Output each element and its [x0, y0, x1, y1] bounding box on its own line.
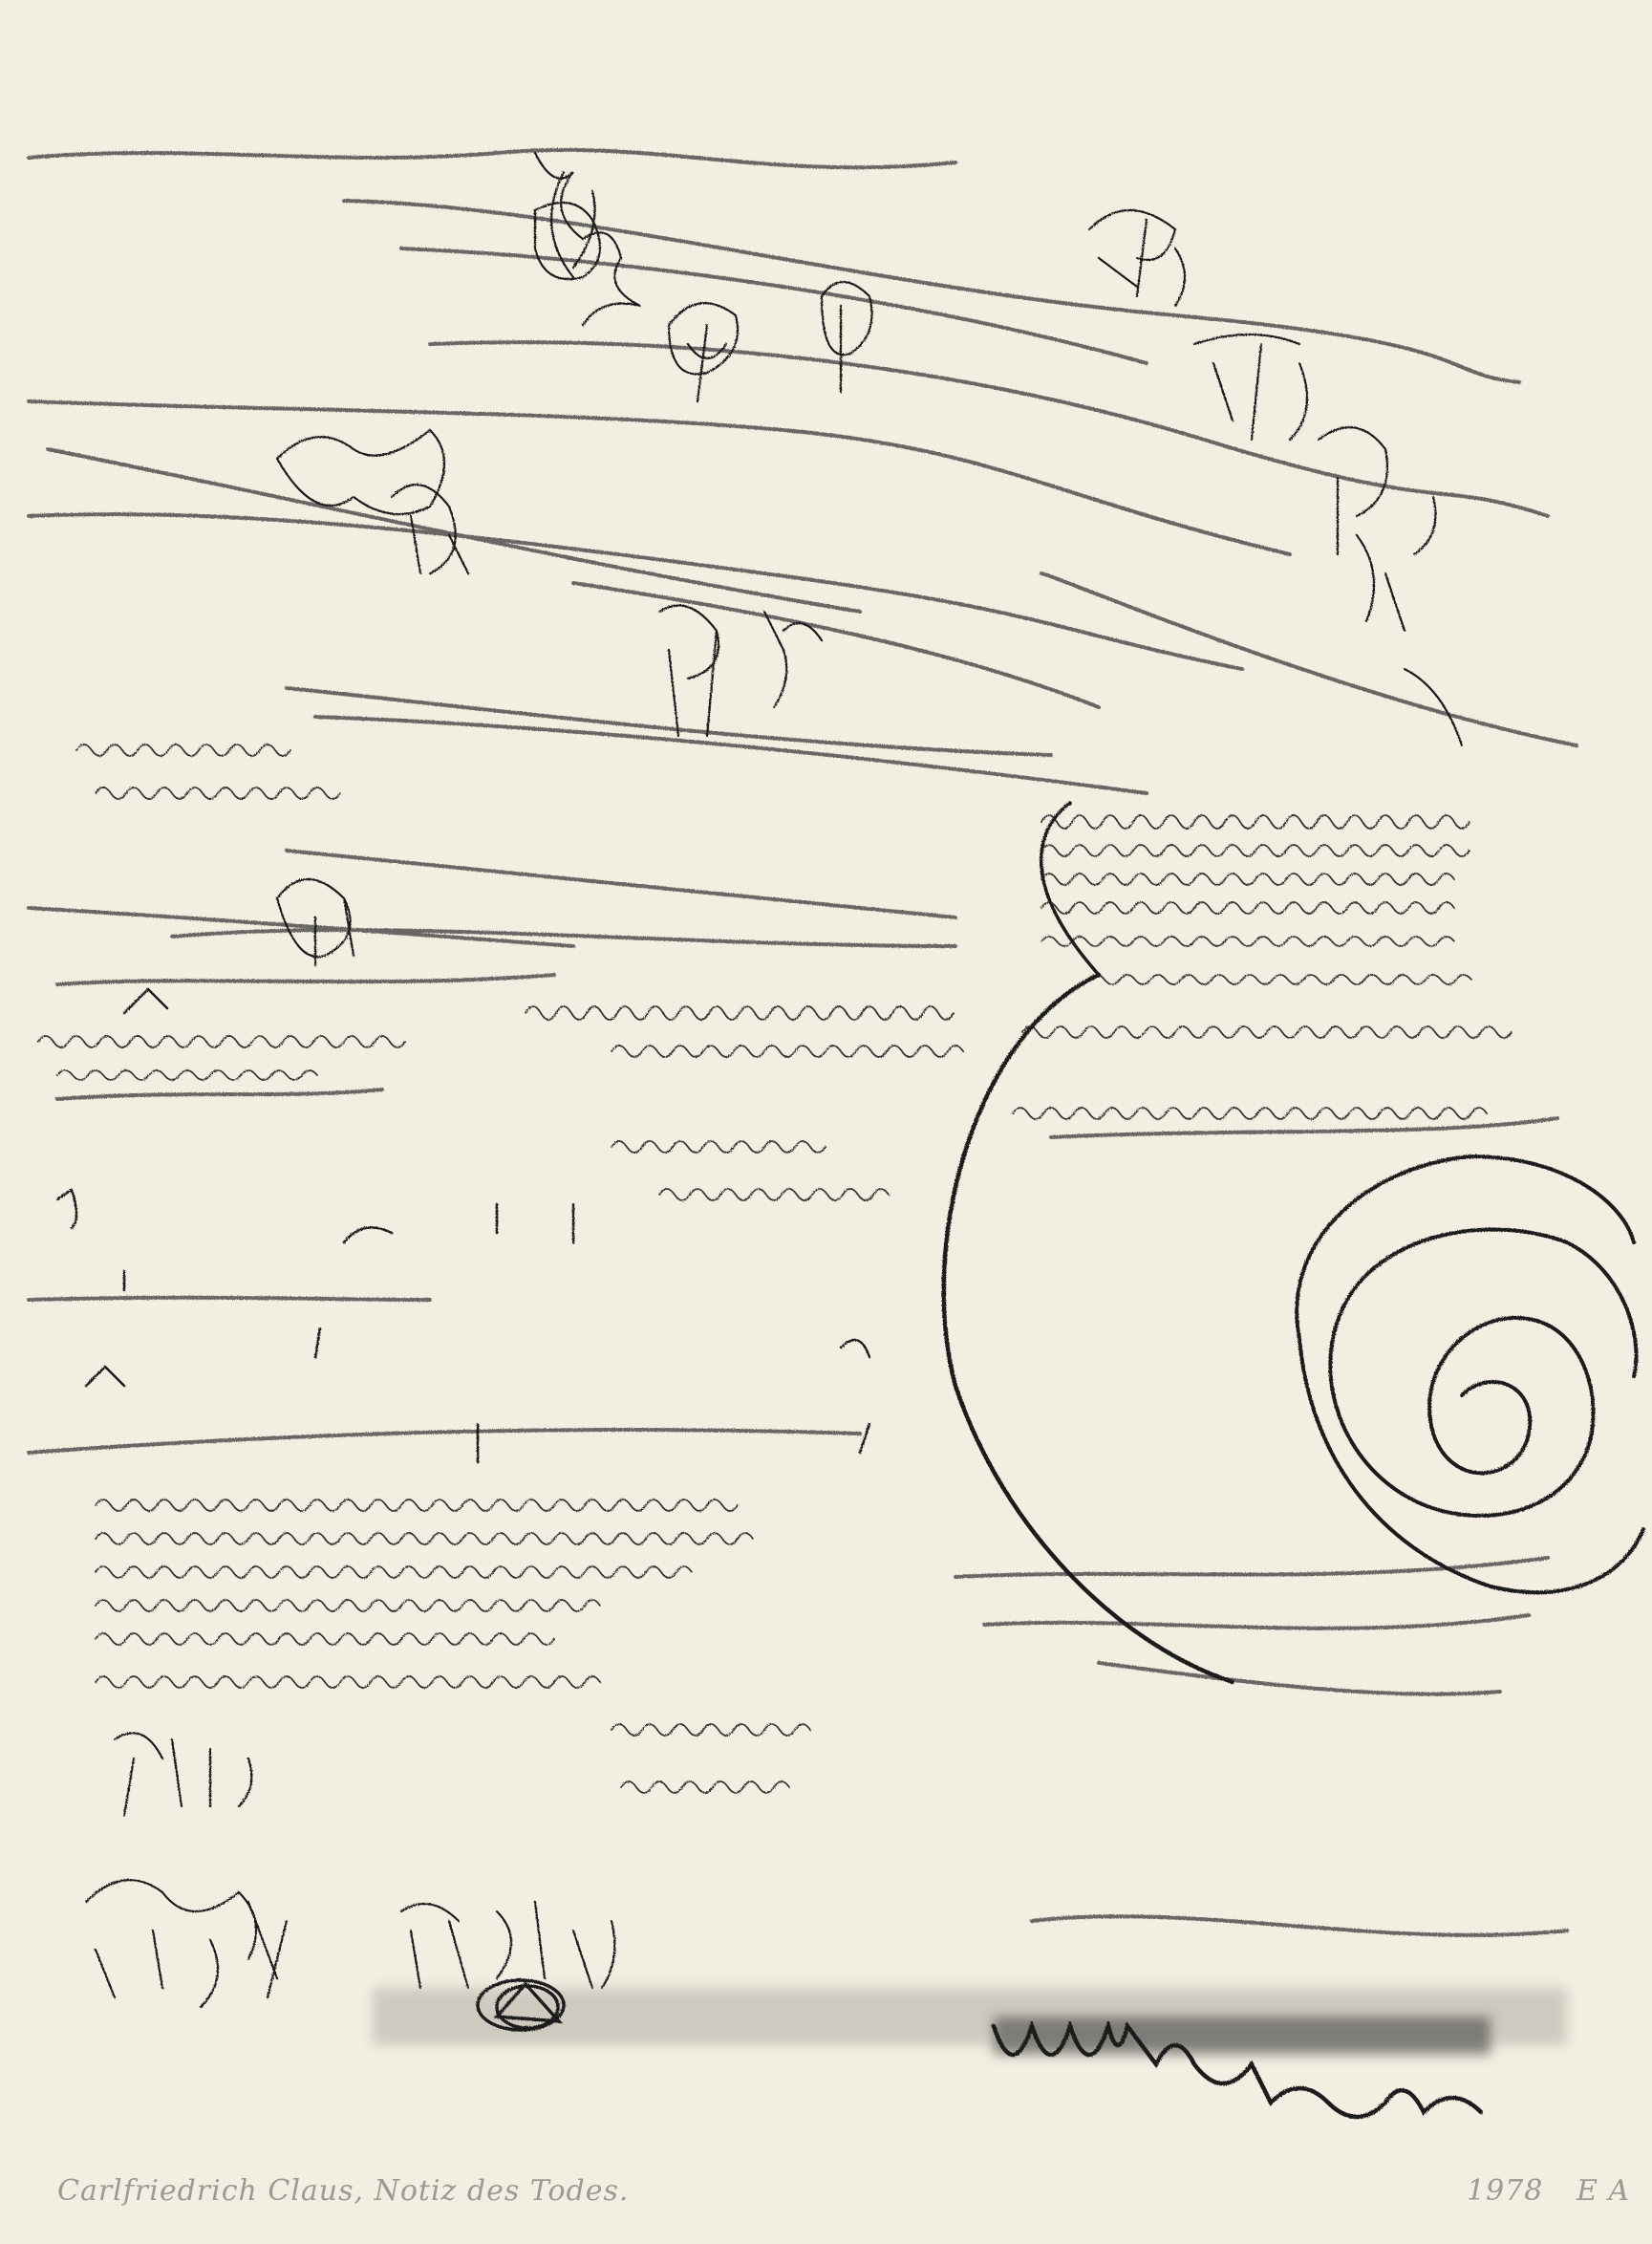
scattered-marks: [57, 989, 869, 1462]
wave-lines: [29, 150, 1577, 1935]
large-arc-upper: [1041, 803, 1099, 975]
edition-inscription: E A: [1577, 2174, 1630, 2208]
paper-sheet: Carlfriedrich Claus, Notiz des Todes. 19…: [0, 0, 1652, 2244]
script-blocks: [38, 744, 1512, 1793]
bottom-band: [373, 1988, 1567, 2117]
artist-title-inscription: Carlfriedrich Claus, Notiz des Todes.: [57, 2174, 629, 2208]
spiral: [1297, 1156, 1643, 1592]
drawing-canvas: [0, 0, 1652, 2244]
year-inscription: 1978: [1467, 2174, 1543, 2208]
